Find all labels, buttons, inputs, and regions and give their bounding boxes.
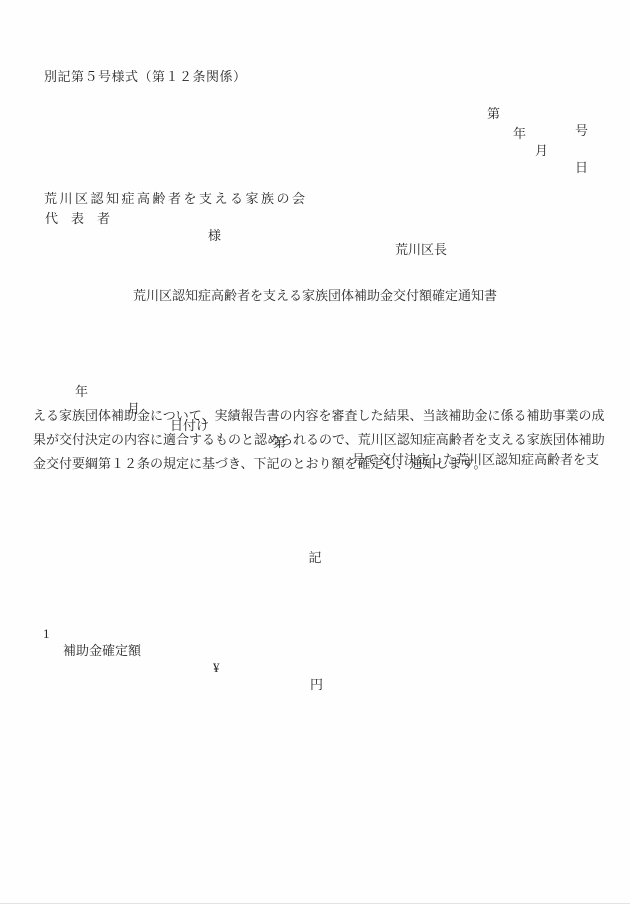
body-line-1: 年 月 日付け 第 号で交付決定した荒川区認知症高齢者を支 <box>0 366 630 383</box>
sender-line: 荒川区長 <box>0 224 630 241</box>
body-line-2: える家族団体補助金について、実績報告書の内容を審査した結果、当該補助金に係る補助… <box>0 390 630 407</box>
item-line: 1 補助金確定額 ¥ 円 <box>0 608 630 625</box>
item-label: 補助金確定額 <box>63 642 141 659</box>
form-number-label: 別記第５号様式（第１２条関係） <box>44 68 247 85</box>
form-number-line: 別記第５号様式（第１２条関係） <box>0 51 630 68</box>
date-year-label: 年 <box>513 125 526 142</box>
body-line-4-text: 金交付要綱第１２条の規定に基づき、下記のとおり額を確定し、通知します。 <box>33 455 486 472</box>
recipient-org-line: 荒川区認知症高齢者を支える家族の会 <box>0 173 630 190</box>
sender-name: 荒川区長 <box>395 241 447 258</box>
item-unit-label: 円 <box>310 676 323 693</box>
body-line-3: 果が交付決定の内容に適合するものと認められるので、荒川区認知症高齢者を支える家族… <box>0 414 630 431</box>
date-month-label: 月 <box>535 142 548 159</box>
doc-number-line: 第 号 <box>0 88 630 105</box>
item-number: 1 <box>43 625 50 642</box>
date-line: 年 月 日 <box>0 108 630 125</box>
note-marker: 記 <box>0 549 630 566</box>
document-page: 別記第５号様式（第１２条関係） 第 号 年 月 日 荒川区認知症高齢者を支える家… <box>0 0 630 904</box>
document-title: 荒川区認知症高齢者を支える家族団体補助金交付額確定通知書 <box>0 287 630 304</box>
recipient-representative-line: 代 表 者 様 <box>0 193 630 210</box>
body-line-4: 金交付要綱第１２条の規定に基づき、下記のとおり額を確定し、通知します。 <box>0 438 630 455</box>
item-currency-symbol: ¥ <box>213 659 220 676</box>
